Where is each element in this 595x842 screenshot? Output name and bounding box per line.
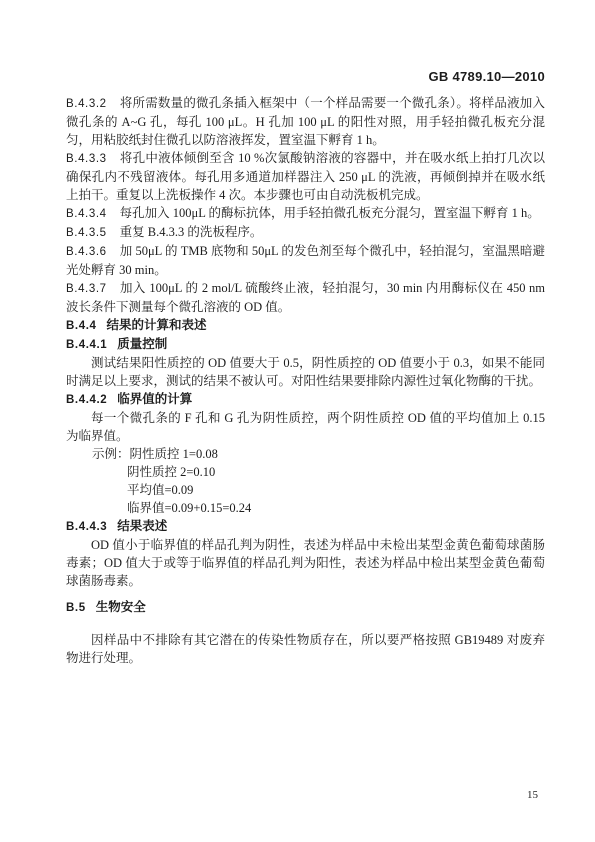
clause-b4-3-2: B.4.3.2将所需数量的微孔条插入框架中（一个样品需要一个微孔条）。将样品液加… — [66, 94, 545, 149]
heading-b4-4: B.4.4结果的计算和表述 — [66, 316, 545, 335]
clause-text: 重复 B.4.3.3 的洗板程序。 — [120, 225, 263, 239]
heading-number: B.5 — [66, 602, 86, 614]
clause-text: 每孔加入 100μL 的酶标抗体，用手轻拍微孔板充分混匀，置室温下孵育 1 h。 — [120, 206, 540, 220]
heading-text: 结果表述 — [117, 519, 167, 533]
clause-text: 加入 100μL 的 2 mol/L 硫酸终止液，轻拍混匀，30 min 内用酶… — [66, 281, 545, 314]
doc-number-header: GB 4789.10—2010 — [66, 68, 545, 86]
heading-text: 生物安全 — [96, 600, 146, 614]
clause-b4-3-5: B.4.3.5重复 B.4.3.3 的洗板程序。 — [66, 223, 545, 242]
page-content: GB 4789.10—2010 B.4.3.2将所需数量的微孔条插入框架中（一个… — [66, 68, 545, 667]
example-line: 示例：阴性质控 1=0.08 — [66, 445, 545, 463]
clause-number: B.4.3.3 — [66, 153, 107, 165]
example-label: 示例： — [92, 447, 130, 461]
body-paragraph: OD 值小于临界值的样品孔判为阴性，表述为样品中未检出某型金黄色葡萄球菌肠毒素；… — [66, 536, 545, 590]
clause-number: B.4.3.4 — [66, 208, 107, 220]
heading-number: B.4.4.1 — [66, 339, 107, 351]
clause-b4-3-7: B.4.3.7加入 100μL 的 2 mol/L 硫酸终止液，轻拍混匀，30 … — [66, 279, 545, 316]
example-text: 阴性质控 1=0.08 — [130, 447, 218, 461]
heading-text: 临界值的计算 — [117, 392, 192, 406]
clause-text: 将所需数量的微孔条插入框架中（一个样品需要一个微孔条）。将样品液加入微孔条的 A… — [66, 96, 545, 147]
heading-b4-4-3: B.4.4.3结果表述 — [66, 517, 545, 536]
clause-b4-3-3: B.4.3.3将孔中液体倾倒至含 10 %次氯酸钠溶液的容器中，并在吸水纸上拍打… — [66, 149, 545, 204]
clause-number: B.4.3.5 — [66, 227, 107, 239]
heading-number: B.4.4 — [66, 320, 97, 332]
clause-number: B.4.3.6 — [66, 246, 107, 258]
example-line: 阴性质控 2=0.10 — [66, 463, 545, 481]
clause-text: 将孔中液体倾倒至含 10 %次氯酸钠溶液的容器中，并在吸水纸上拍打几次以确保孔内… — [66, 151, 545, 202]
heading-number: B.4.4.2 — [66, 394, 107, 406]
clause-text: 加 50μL 的 TMB 底物和 50μL 的发色剂至每个微孔中，轻拍混匀，室温… — [66, 244, 545, 277]
clause-number: B.4.3.7 — [66, 283, 107, 295]
heading-number: B.4.4.3 — [66, 521, 107, 533]
clause-b4-3-6: B.4.3.6加 50μL 的 TMB 底物和 50μL 的发色剂至每个微孔中，… — [66, 242, 545, 279]
heading-text: 质量控制 — [117, 337, 167, 351]
heading-b4-4-1: B.4.4.1质量控制 — [66, 335, 545, 354]
body-paragraph: 每一个微孔条的 F 孔和 G 孔为阴性质控，两个阴性质控 OD 值的平均值加上 … — [66, 409, 545, 445]
example-line: 平均值=0.09 — [66, 481, 545, 499]
body-paragraph: 因样品中不排除有其它潜在的传染性物质存在，所以要严格按照 GB19489 对废弃… — [66, 631, 545, 667]
example-line: 临界值=0.09+0.15=0.24 — [66, 499, 545, 517]
clause-b4-3-4: B.4.3.4每孔加入 100μL 的酶标抗体，用手轻拍微孔板充分混匀，置室温下… — [66, 204, 545, 223]
page-number: 15 — [527, 786, 538, 804]
heading-b5: B.5生物安全 — [66, 598, 545, 617]
body-paragraph: 测试结果阳性质控的 OD 值要大于 0.5，阴性质控的 OD 值要小于 0.3，… — [66, 354, 545, 390]
clause-number: B.4.3.2 — [66, 98, 107, 110]
heading-text: 结果的计算和表述 — [107, 318, 207, 332]
heading-b4-4-2: B.4.4.2临界值的计算 — [66, 390, 545, 409]
document-page: GB 4789.10—2010 B.4.3.2将所需数量的微孔条插入框架中（一个… — [0, 0, 595, 842]
